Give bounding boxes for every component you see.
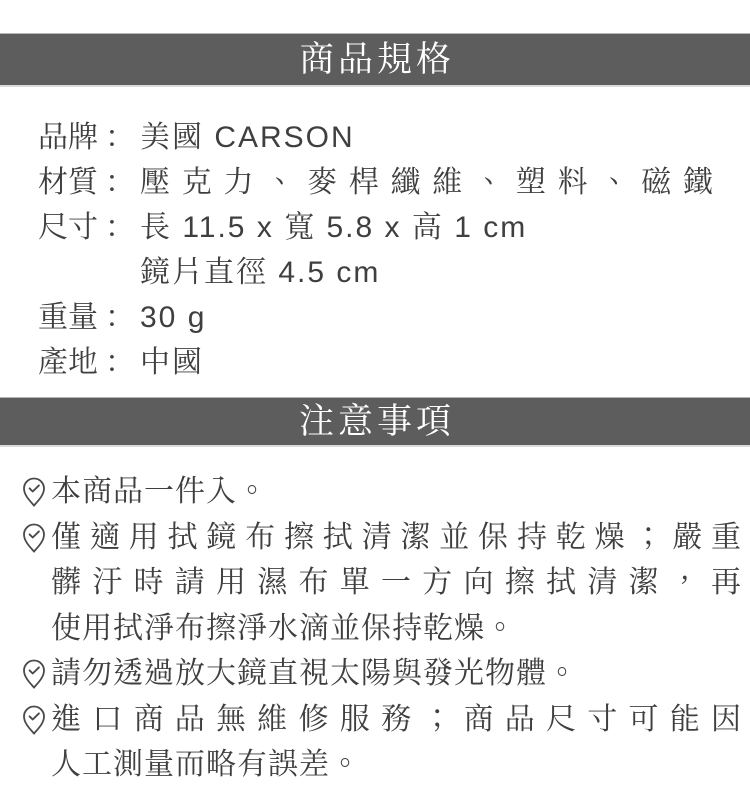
spec-colon: ： (100, 115, 140, 160)
spec-row-brand: 品牌：美國 CARSON (38, 115, 713, 160)
spec-value: 中國 (140, 340, 713, 385)
spec-list: 品牌：美國 CARSON 材質：壓克力、麥桿纖維、塑料、磁鐵 尺寸：長 11.5… (0, 87, 750, 385)
note-line: 人工測量而略有誤差。 (51, 742, 741, 788)
spec-colon: ： (100, 295, 140, 340)
specs-section-title: 商品規格 (295, 42, 455, 77)
spec-row-size: 尺寸：長 11.5 x 寬 5.8 x 高 1 cm (38, 205, 713, 250)
list-item: 僅適用拭鏡布擦拭清潔並保持乾燥；嚴重 髒汙時請用濕布單一方向擦拭清潔，再 使用拭… (22, 515, 741, 652)
check-pin-icon (22, 705, 46, 735)
notes-section-title: 注意事項 (295, 404, 455, 439)
check-pin-icon (22, 523, 46, 553)
spec-label: 材質 (38, 160, 100, 205)
note-text: 本商品一件入。 (46, 469, 741, 515)
note-text: 請勿透過放大鏡直視太陽與發光物體。 (46, 651, 741, 697)
spec-value: 壓克力、麥桿纖維、塑料、磁鐵 (140, 160, 713, 205)
note-text: 僅適用拭鏡布擦拭清潔並保持乾燥；嚴重 髒汙時請用濕布單一方向擦拭清潔，再 使用拭… (46, 515, 741, 652)
check-pin-icon (22, 659, 46, 689)
note-line: 本商品一件入。 (51, 469, 741, 515)
spec-value: 美國 CARSON (140, 115, 713, 160)
notes-section-header: 注意事項 (0, 397, 750, 447)
list-item: 本商品一件入。 (22, 469, 741, 515)
note-line: 進口商品無維修服務；商品尺寸可能因 (51, 697, 741, 743)
note-text: 進口商品無維修服務；商品尺寸可能因 人工測量而略有誤差。 (46, 697, 741, 788)
notes-list: 本商品一件入。 僅適用拭鏡布擦拭清潔並保持乾燥；嚴重 髒汙時請用濕布單一方向擦拭… (0, 447, 750, 788)
spec-label: 產地 (38, 340, 100, 385)
specs-section-header: 商品規格 (0, 33, 750, 87)
note-line: 使用拭淨布擦淨水滴並保持乾燥。 (51, 606, 741, 652)
spec-row-material: 材質：壓克力、麥桿纖維、塑料、磁鐵 (38, 160, 713, 205)
spec-colon: ： (100, 160, 140, 205)
spec-label: 重量 (38, 295, 100, 340)
spec-row-origin: 產地：中國 (38, 340, 713, 385)
spec-colon: ： (100, 205, 140, 250)
note-line: 僅適用拭鏡布擦拭清潔並保持乾燥；嚴重 (51, 515, 741, 561)
spec-label: 品牌 (38, 115, 100, 160)
note-line: 請勿透過放大鏡直視太陽與發光物體。 (51, 651, 741, 697)
list-item: 請勿透過放大鏡直視太陽與發光物體。 (22, 651, 741, 697)
check-pin-icon (22, 477, 46, 507)
spec-colon: ： (100, 340, 140, 385)
spec-label: 尺寸 (38, 205, 100, 250)
spec-value: 長 11.5 x 寬 5.8 x 高 1 cm (140, 205, 713, 250)
list-item: 進口商品無維修服務；商品尺寸可能因 人工測量而略有誤差。 (22, 697, 741, 788)
spec-value-continued: 鏡片直徑 4.5 cm (38, 250, 713, 295)
spec-row-weight: 重量：30 g (38, 295, 713, 340)
note-line: 髒汙時請用濕布單一方向擦拭清潔，再 (51, 560, 741, 606)
spec-value: 30 g (140, 295, 713, 340)
